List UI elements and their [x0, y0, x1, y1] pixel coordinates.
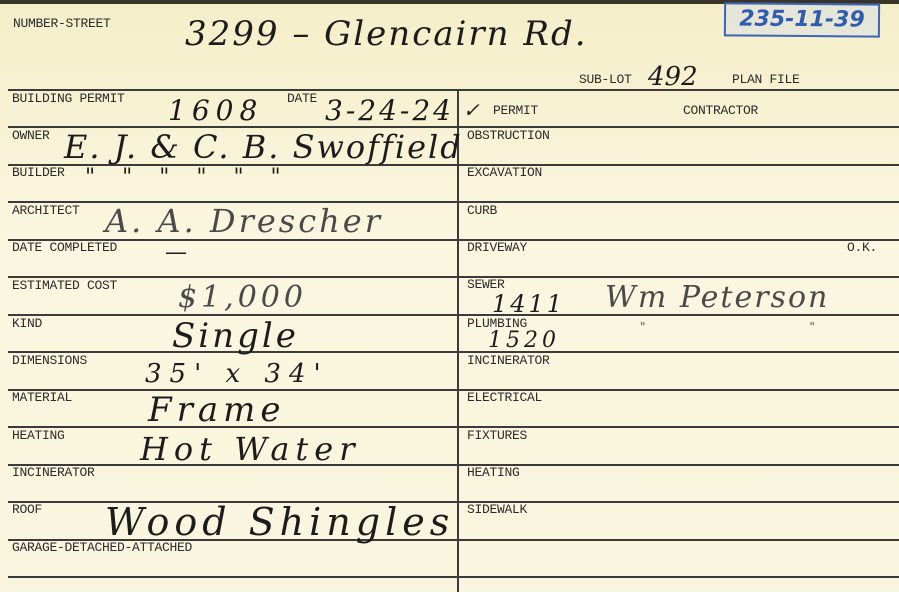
dimensions-label: DIMENSIONS [12, 353, 87, 368]
incinerator-label: INCINERATOR [12, 465, 95, 480]
date-completed-label: DATE COMPLETED [12, 240, 117, 255]
owner-value: E. J. & C. B. Swoffield [64, 128, 463, 166]
fixtures-label: FIXTURES [467, 428, 527, 443]
material-value: Frame [148, 390, 285, 430]
rule [8, 426, 899, 428]
sidewalk-label: SIDEWALK [467, 502, 527, 517]
rule [8, 389, 899, 391]
architect-label: ARCHITECT [12, 203, 80, 218]
date-completed-value: — [165, 240, 187, 265]
sub-lot-value: 492 [648, 62, 698, 92]
date-value: 3-24-24 [325, 94, 454, 127]
estimated-cost-value: $1,000 [178, 280, 307, 315]
building-permit-value: 1608 [168, 94, 263, 127]
plan-file-label: PLAN FILE [732, 72, 800, 87]
dimensions-value: 35' x 34' [145, 359, 329, 389]
driveway-note: O.K. [847, 240, 877, 255]
rule [8, 351, 899, 353]
record-stamp: 235-11-39 [724, 2, 880, 37]
sewer-permit-value: 1411 [492, 290, 565, 318]
building-permit-label: BUILDING PERMIT [12, 91, 125, 106]
builder-value: " " " " " " [85, 165, 291, 190]
rule [8, 89, 899, 91]
sewer-contractor-value: Wm Peterson [605, 280, 829, 315]
obstruction-label: OBSTRUCTION [467, 128, 550, 143]
material-label: MATERIAL [12, 390, 72, 405]
estimated-cost-label: ESTIMATED COST [12, 278, 117, 293]
owner-label: OWNER [12, 128, 50, 143]
plumbing-permit-value: 1520 [488, 328, 560, 353]
sub-lot-label: SUB-LOT [579, 72, 632, 87]
kind-label: KIND [12, 316, 42, 331]
plumbing-contractor-value: " " [640, 320, 895, 334]
architect-value: A. A. Drescher [105, 202, 383, 240]
electrical-label: ELECTRICAL [467, 390, 542, 405]
checkmark-icon: ✓ [463, 98, 480, 122]
curb-label: CURB [467, 203, 497, 218]
contractor-column-header: CONTRACTOR [683, 103, 758, 118]
driveway-label: DRIVEWAY [467, 240, 527, 255]
building-permit-card: NUMBER-STREET 3299 – Glencairn Rd. 235-1… [0, 0, 899, 592]
date-label: DATE [287, 91, 317, 106]
rule [8, 276, 899, 278]
builder-label: BUILDER [12, 165, 65, 180]
address-value: 3299 – Glencairn Rd. [185, 14, 588, 54]
roof-value: Wood Shingles [105, 500, 454, 544]
incinerator-right-label: INCINERATOR [467, 353, 550, 368]
heating-label: HEATING [12, 428, 65, 443]
excavation-label: EXCAVATION [467, 165, 542, 180]
rule [8, 576, 899, 578]
permit-column-header: PERMIT [493, 103, 538, 118]
number-street-label: NUMBER-STREET [13, 16, 111, 31]
kind-value: Single [172, 316, 299, 356]
heating-right-label: HEATING [467, 465, 520, 480]
heating-value: Hot Water [140, 430, 360, 468]
roof-label: ROOF [12, 502, 42, 517]
